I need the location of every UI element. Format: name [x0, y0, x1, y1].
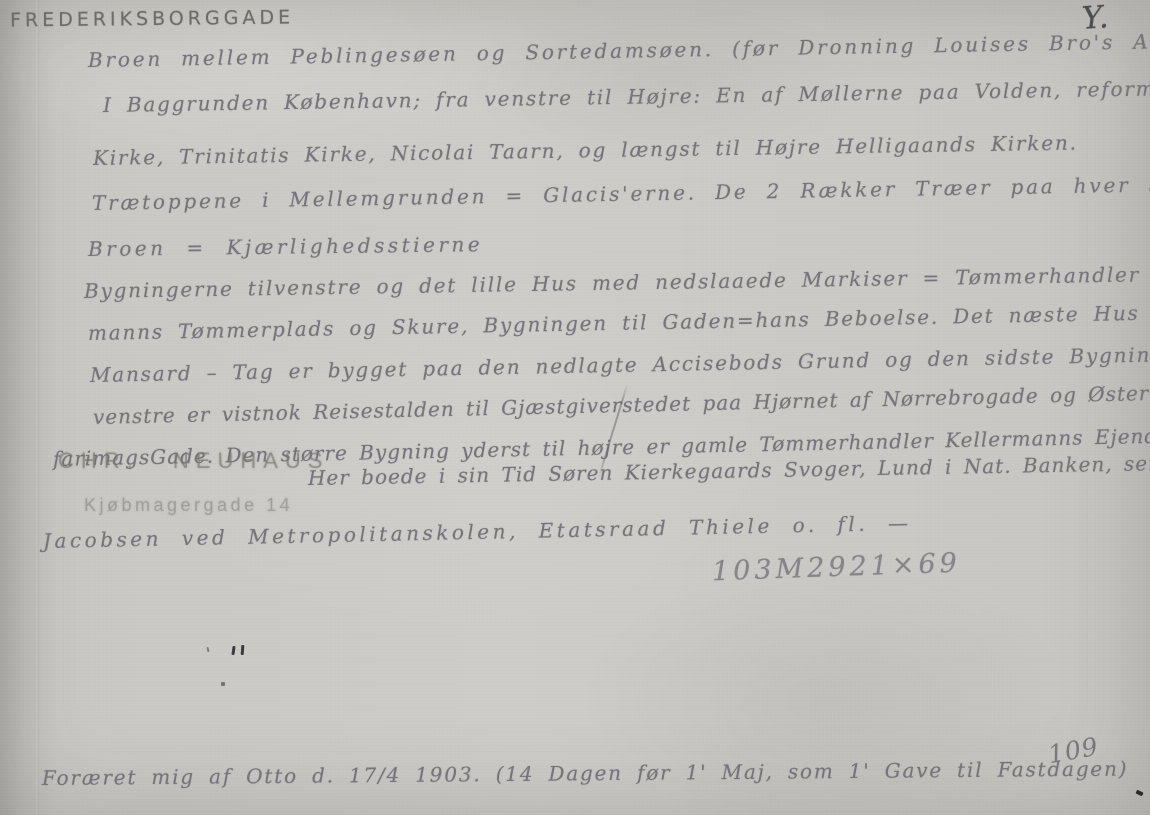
- paper-crease: [36, 0, 39, 815]
- negative-number: 103M2921×69: [712, 548, 962, 588]
- ink-speck: [1135, 790, 1143, 797]
- ink-speck: [231, 646, 235, 655]
- caption-line-3: Kirke, Trinitatis Kirke, Nicolai Taarn, …: [93, 131, 1078, 170]
- ink-speck: [207, 647, 210, 652]
- caption-line-4: Trætoppene i Mellemgrunden = Glacis'erne…: [92, 171, 1150, 215]
- gift-note: Foræret mig af Otto d. 17/4 1903. (14 Da…: [42, 757, 1129, 790]
- caption-line-6: Bygningerne tilvenstre og det lille Hus …: [84, 261, 1150, 303]
- street-label: FREDERIKSBORGGADE: [10, 7, 294, 32]
- ink-speck: [241, 645, 245, 655]
- photo-back-scan: FREDERIKSBORGGADE Y. Broen mellem Peblin…: [0, 0, 1150, 815]
- caption-line-8: Mansard – Tag er bygget paa den nedlagte…: [90, 342, 1150, 387]
- ink-speck: [221, 682, 225, 686]
- caption-line-2: I Baggrunden København; fra venstre til …: [103, 76, 1150, 117]
- caption-line-7: manns Tømmerplads og Skure, Bygningen ti…: [88, 300, 1150, 345]
- caption-line-12: Jacobsen ved Metropolitanskolen, Etatsra…: [43, 511, 912, 553]
- stamp-address: Kjøbmagergade 14: [84, 495, 329, 516]
- caption-line-1: Broen mellem Peblingesøen og Sortedamsøe…: [88, 28, 1150, 72]
- caption-line-5: Broen = Kjærlighedsstierne: [88, 232, 483, 261]
